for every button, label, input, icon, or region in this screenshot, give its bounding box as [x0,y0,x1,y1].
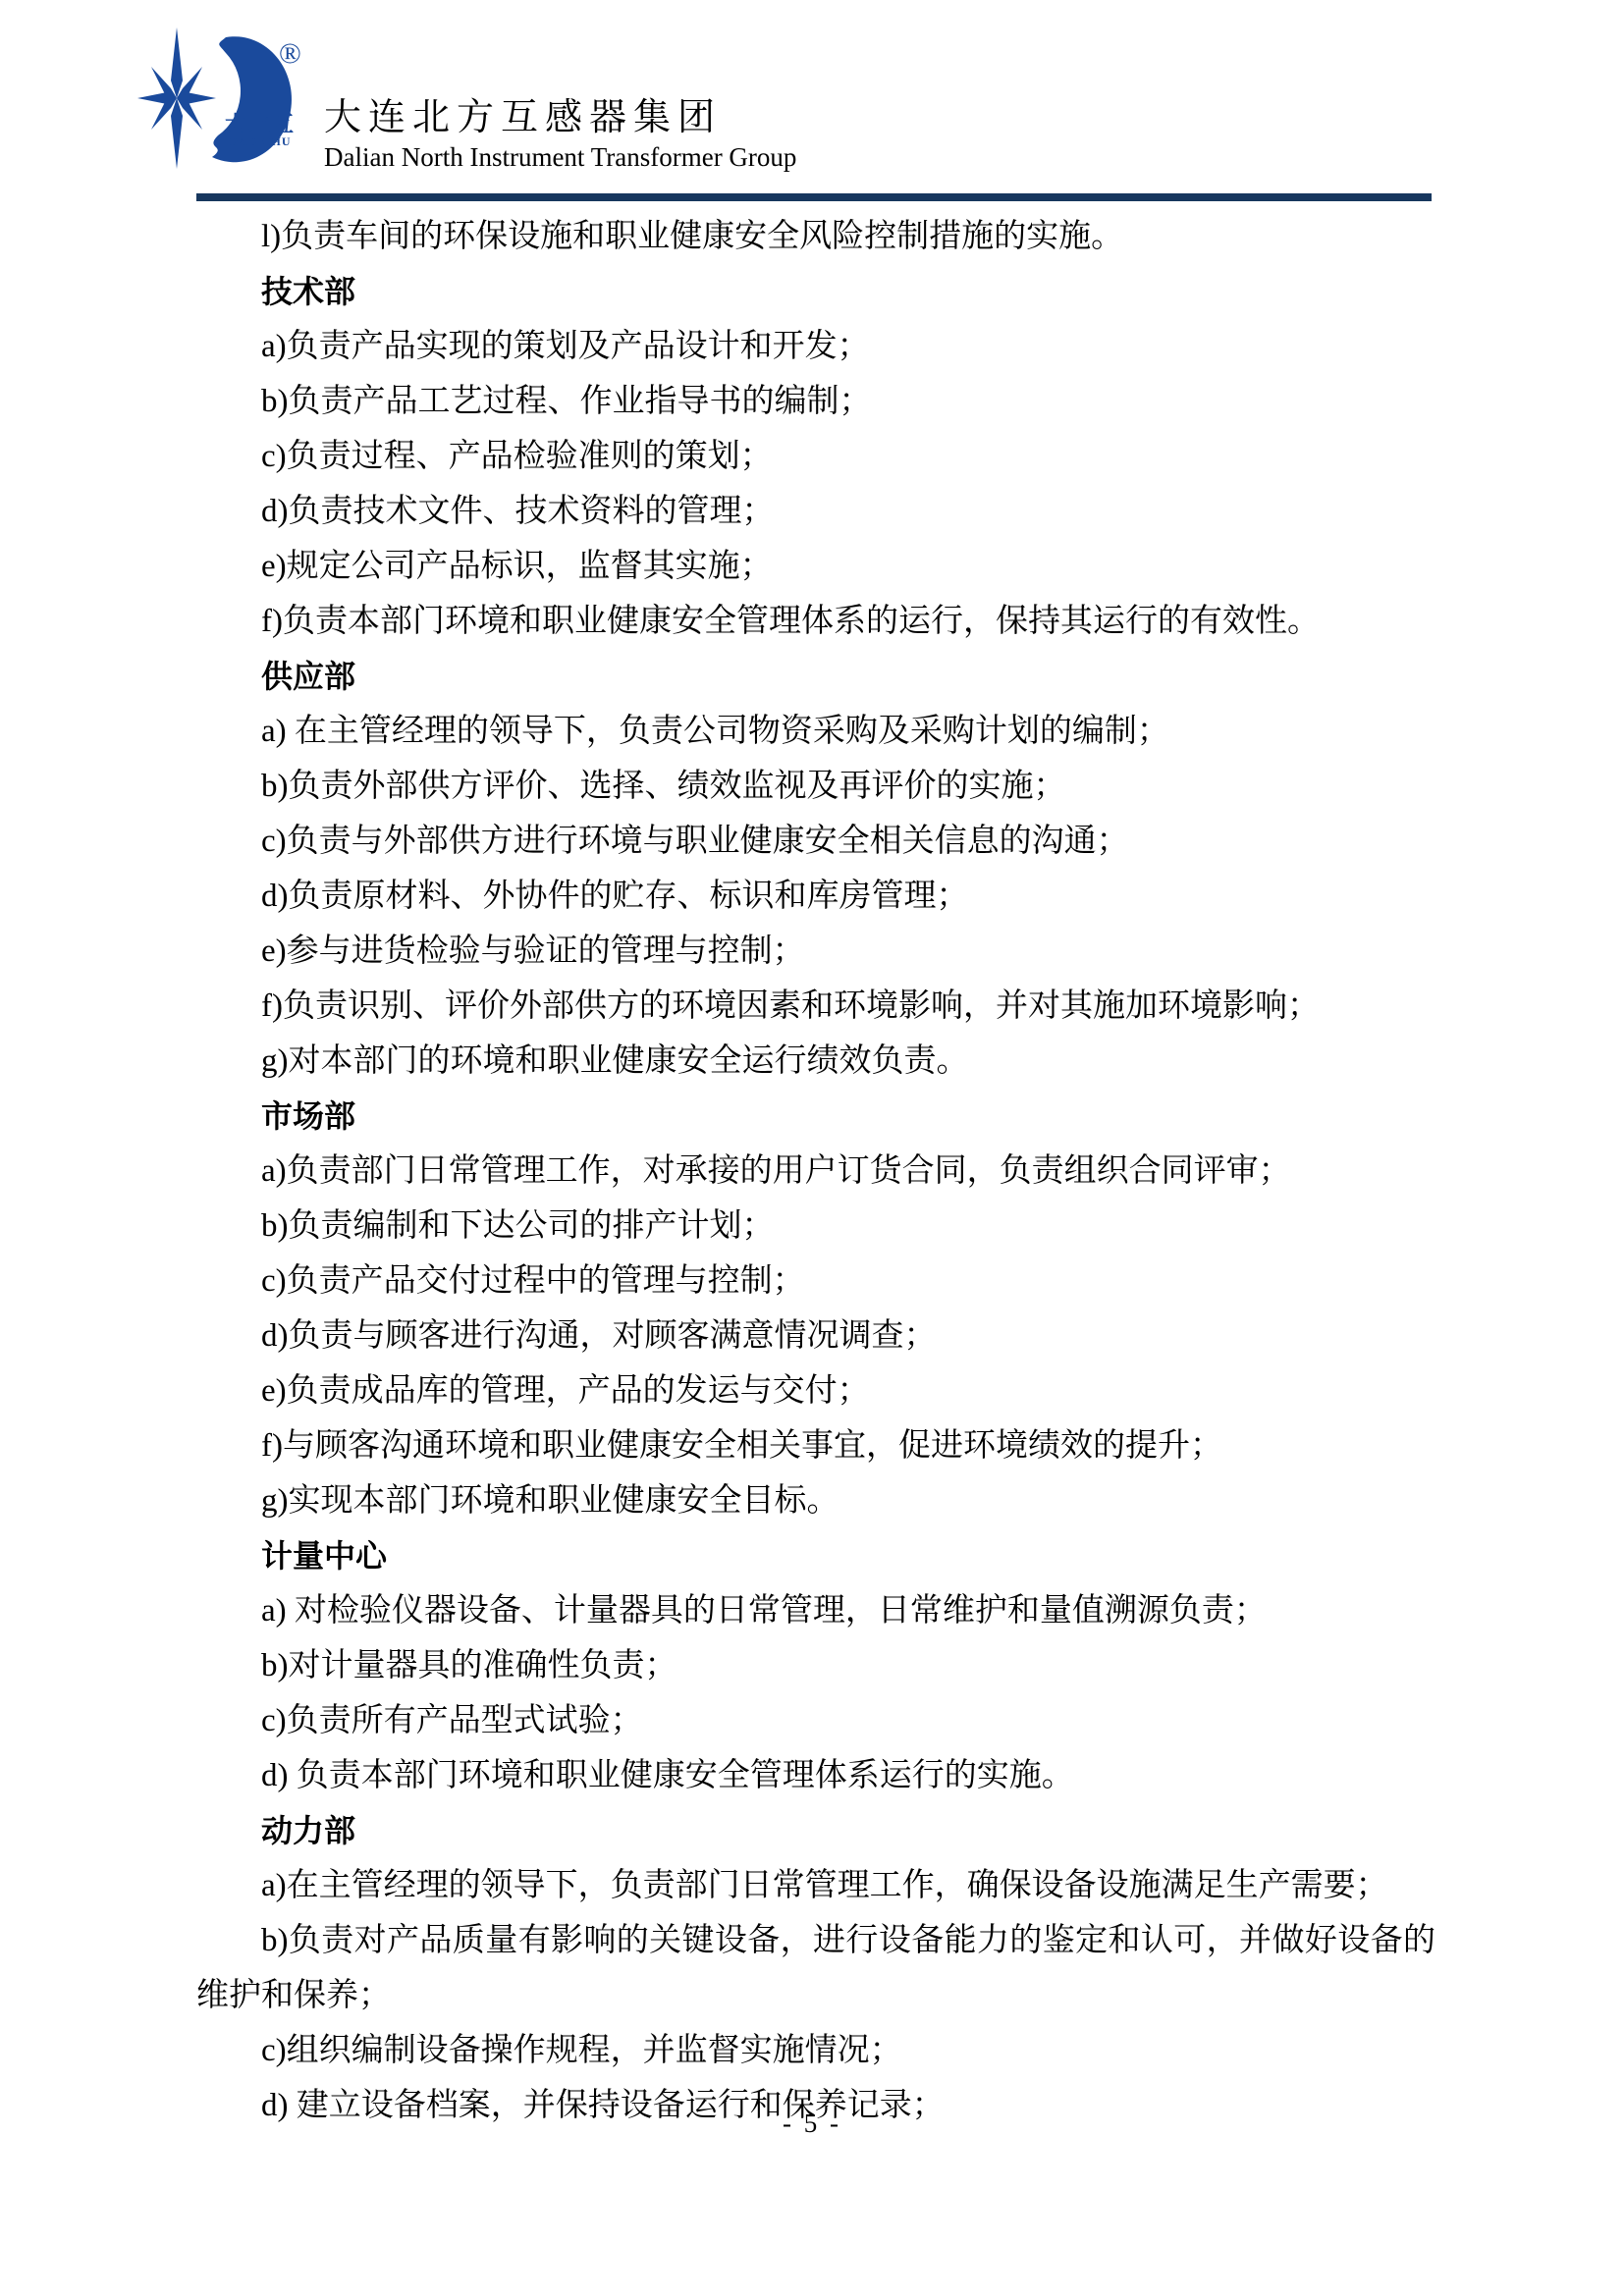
paragraph: a) 在主管经理的领导下，负责公司物资采购及采购计划的编制； [196,704,1435,759]
paragraph: d)负责技术文件、技术资料的管理； [196,484,1435,539]
section-heading: 市场部 [196,1089,1435,1144]
paragraph: b)负责产品工艺过程、作业指导书的编制； [196,374,1435,429]
paragraph: g)实现本部门环境和职业健康安全目标。 [196,1473,1435,1528]
document-page: ® 大北互 DABEIHU 大连北方互感器集团 Dalian North Ins… [0,0,1624,2296]
paragraph: e)参与进货检验与验证的管理与控制； [196,924,1435,979]
logo-wordmark: 大北互 DABEIHU [216,113,304,148]
paragraph: c)负责产品交付过程中的管理与控制； [196,1254,1435,1308]
company-name-cn: 大连北方互感器集团 [324,86,712,140]
paragraph: c)负责所有产品型式试验； [196,1693,1435,1748]
logo-wordmark-en: DABEIHU [216,135,304,148]
company-name-en: Dalian North Instrument Transformer Grou… [324,142,712,173]
paragraph: d) 负责本部门环境和职业健康安全管理体系运行的实施。 [196,1748,1435,1803]
paragraph: c)负责与外部供方进行环境与职业健康安全相关信息的沟通； [196,814,1435,869]
paragraph: a)负责部门日常管理工作，对承接的用户订货合同，负责组织合同评审； [196,1144,1435,1199]
paragraph: d)负责与顾客进行沟通，对顾客满意情况调查； [196,1308,1435,1363]
paragraph: c)负责过程、产品检验准则的策划； [196,429,1435,484]
paragraph: e)负责成品库的管理，产品的发运与交付； [196,1363,1435,1418]
company-logo: ® 大北互 DABEIHU [110,20,346,172]
paragraph: b)对计量器具的准确性负责； [196,1638,1435,1693]
page-number: - 5 - [0,2109,1624,2139]
paragraph: a)在主管经理的领导下，负责部门日常管理工作，确保设备设施满足生产需要； [196,1858,1435,1913]
registered-trademark-icon: ® [279,37,301,71]
paragraph: a) 对检验仪器设备、计量器具的日常管理，日常维护和量值溯源负责； [196,1583,1435,1638]
paragraph: b)负责外部供方评价、选择、绩效监视及再评价的实施； [196,759,1435,814]
paragraph: f)负责识别、评价外部供方的环境因素和环境影响，并对其施加环境影响； [196,979,1435,1034]
star-icon [137,27,216,169]
paragraph: g)对本部门的环境和职业健康安全运行绩效负责。 [196,1034,1435,1089]
paragraph: a)负责产品实现的策划及产品设计和开发； [196,319,1435,374]
company-name-block: 大连北方互感器集团 Dalian North Instrument Transf… [324,86,712,173]
paragraph: b)负责编制和下达公司的排产计划； [196,1199,1435,1254]
paragraph: e)规定公司产品标识，监督其实施； [196,539,1435,594]
paragraph: c)组织编制设备操作规程，并监督实施情况； [196,2023,1435,2078]
paragraph: b)负责对产品质量有影响的关键设备，进行设备能力的鉴定和认可，并做好设备的维护和… [196,1913,1435,2023]
paragraph: f)与顾客沟通环境和职业健康安全相关事宜，促进环境绩效的提升； [196,1418,1435,1473]
paragraph: f)负责本部门环境和职业健康安全管理体系的运行，保持其运行的有效性。 [196,594,1435,649]
section-heading: 计量中心 [196,1528,1435,1583]
logo-wordmark-cn: 大北互 [216,113,304,135]
section-heading: 技术部 [196,264,1435,319]
section-heading: 动力部 [196,1803,1435,1858]
header-divider [196,193,1432,201]
document-body: l)负责车间的环保设施和职业健康安全风险控制措施的实施。技术部a)负责产品实现的… [196,209,1435,2133]
logo-graphic [110,20,346,177]
section-heading: 供应部 [196,649,1435,704]
paragraph: d)负责原材料、外协件的贮存、标识和库房管理； [196,869,1435,924]
paragraph: l)负责车间的环保设施和职业健康安全风险控制措施的实施。 [196,209,1435,264]
